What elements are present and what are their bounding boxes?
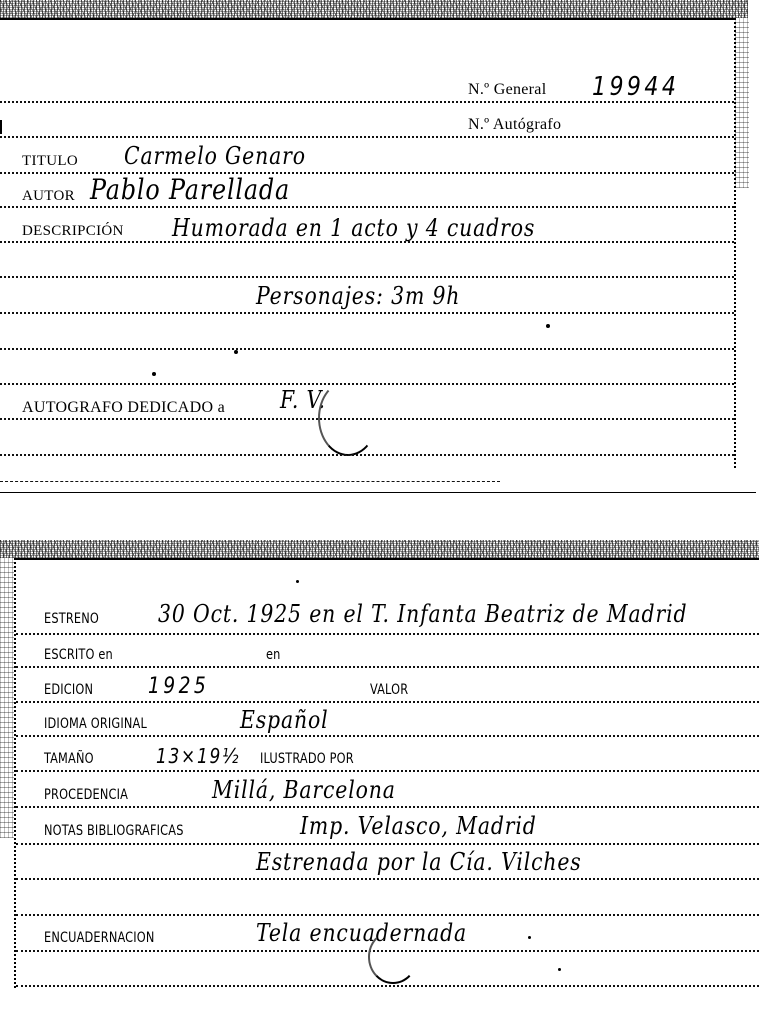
estreno-label: ESTRENO — [44, 612, 99, 626]
rule-blank-1 — [0, 348, 734, 350]
edicion-label: EDICION — [44, 683, 93, 697]
rule-autor — [0, 206, 734, 208]
ink-spot — [546, 324, 550, 328]
autografo-dedicado-label: AUTOGRAFO DEDICADO a — [22, 400, 225, 416]
ink-spot — [152, 372, 156, 376]
rule-escrito — [16, 666, 759, 668]
ilustrado-por-label: ILUSTRADO POR — [260, 752, 354, 766]
titulo-label: TITULO — [22, 154, 78, 169]
ink-spot — [558, 968, 561, 971]
ink-spot — [234, 350, 238, 354]
rule-notas — [16, 843, 759, 845]
rule-blank-2 — [0, 383, 734, 385]
titulo-value: Carmelo Genaro — [124, 144, 306, 168]
rule-blank-5 — [16, 914, 759, 916]
scan-noise-top — [0, 0, 748, 18]
descripcion-value: Humorada en 1 acto y 4 cuadros — [172, 216, 535, 240]
rule-procedencia — [16, 806, 759, 808]
escrito-label-2: en — [266, 648, 281, 662]
idioma-original-value: Español — [240, 708, 328, 732]
procedencia-label: PROCEDENCIA — [44, 788, 128, 802]
tamano-value: 13×19½ — [156, 746, 240, 766]
descripcion-label: DESCRIPCIÓN — [22, 224, 124, 239]
card-top-bottom-edge — [0, 492, 756, 493]
rule-blank-4 — [0, 481, 500, 482]
tamano-label: TAMAÑO — [44, 752, 94, 766]
notas-bibliograficas-value: Imp. Velasco, Madrid — [300, 814, 537, 838]
general-number-value: 19944 — [592, 74, 679, 100]
scan-noise-right — [735, 18, 749, 188]
notas-bibliograficas-label: NOTAS BIBLIOGRAFICAS — [44, 824, 184, 838]
rule-blank-3 — [0, 454, 734, 456]
card-top-right-edge — [734, 18, 736, 468]
idioma-original-label: IDIOMA ORIGINAL — [44, 717, 147, 731]
scan-noise-left — [0, 558, 14, 838]
escrito-label: ESCRITO en — [44, 648, 113, 662]
rule-blank-6 — [16, 985, 759, 987]
rule-idioma — [16, 735, 759, 737]
rule-estreno — [16, 633, 759, 635]
card-bottom-border — [14, 558, 759, 560]
encuadernacion-value: Tela encuadernada — [256, 921, 467, 945]
edicion-value: 1925 — [148, 676, 209, 698]
punch-hole — [368, 930, 418, 984]
descripcion-continuation: Personajes: 3m 9h — [256, 284, 460, 308]
rule-descripcion-2 — [0, 276, 734, 278]
autor-label: AUTOR — [22, 189, 75, 204]
card-top-border — [0, 18, 736, 20]
notas-bibliograficas-continuation: Estrenada por la Cía. Vilches — [256, 850, 582, 874]
rule-notas-2 — [16, 878, 759, 880]
autor-value: Pablo Parellada — [90, 176, 290, 204]
ink-spot — [296, 580, 299, 583]
autograph-number-label: N.º Autógrafo — [468, 117, 561, 133]
punch-hole — [318, 380, 378, 456]
valor-label: VALOR — [370, 683, 408, 697]
card-bottom-left-edge — [14, 558, 16, 988]
general-number-label: N.º General — [468, 82, 546, 98]
rule-tamano — [16, 770, 759, 772]
margin-mark — [0, 120, 2, 134]
estreno-value: 30 Oct. 1925 en el T. Infanta Beatriz de… — [158, 602, 687, 626]
rule-edicion — [16, 701, 759, 703]
rule-autograph — [0, 136, 734, 138]
encuadernacion-label: ENCUADERNACION — [44, 931, 155, 945]
ink-spot — [528, 936, 531, 939]
rule-descripcion-3 — [0, 312, 734, 314]
scan-noise-bottom — [0, 540, 759, 558]
procedencia-value: Millá, Barcelona — [212, 778, 396, 802]
